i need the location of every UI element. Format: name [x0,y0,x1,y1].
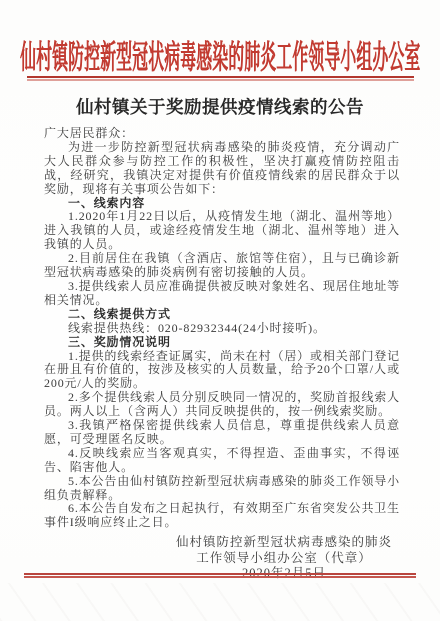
signature-org-line-2: 工作领导小组办公室（代章） [176,551,392,567]
notice-document: 仙村镇防控新型冠状病毒感染的肺炎工作领导小组办公室 仙村镇关于奖励提供疫情线索的… [0,0,440,621]
notice-body: 广大居民群众： 为进一步防控新型冠状病毒感染的肺炎疫情，充分调动广大人民群众参与… [44,127,400,530]
document-header: 仙村镇防控新型冠状病毒感染的肺炎工作领导小组办公室 [0,33,440,75]
bottom-divider [24,573,416,578]
hotline-line: 线索提供热线：020-82932344(24小时接听)。 [44,322,400,336]
section-1-item-1: 1.2020年1月22日以后，从疫情发生地（湖北、温州等地）进入我镇的人员，或途… [44,210,400,252]
section-3-item-5: 5.本公告由仙村镇防控新型冠状病毒感染的肺炎工作领导小组负责解释。 [44,475,400,503]
intro-paragraph: 为进一步防控新型冠状病毒感染的肺炎疫情，充分调动广大人民群众参与防控工作的积极性… [44,141,400,197]
issuing-office-banner: 仙村镇防控新型冠状病毒感染的肺炎工作领导小组办公室 [20,30,420,78]
signature-org-line-1: 仙村镇防控新型冠状病毒感染的肺炎 [176,535,392,551]
section-2-heading: 二、线索提供方式 [44,308,400,322]
section-3-heading: 三、奖励情况说明 [44,336,400,350]
section-1-item-2: 2.目前居住在我镇（含酒店、旅馆等住宿），且与已确诊新型冠状病毒感染的肺炎病例有… [44,252,400,280]
section-1-item-3: 3.提供线索人员应准确提供被反映对象姓名、现居住地址等相关情况。 [44,280,400,308]
section-3-item-3: 3.我镇严格保密提供线索人员信息，尊重提供线索人员意愿，可受理匿名反映。 [44,419,400,447]
notice-title: 仙村镇关于奖励提供疫情线索的公告 [0,97,440,117]
section-3-item-2: 2.多个提供线索人员分别反映同一情况的，奖励首报线索人员。两人以上（含两人）共同… [44,391,400,419]
photo-texture [0,583,440,621]
section-3-item-4: 4.反映线索应当客观真实，不得捏造、歪曲事实，不得诬告、陷害他人。 [44,447,400,475]
salutation: 广大居民群众： [44,127,400,141]
section-3-item-6: 6.本公告自发布之日起执行，有效期至广东省突发公共卫生事件I级响应终止之日。 [44,502,400,530]
section-3-item-1: 1.提供的线索经查证属实，尚未在村（居）或相关部门登记在册且有价值的，按涉及核实… [44,350,400,392]
